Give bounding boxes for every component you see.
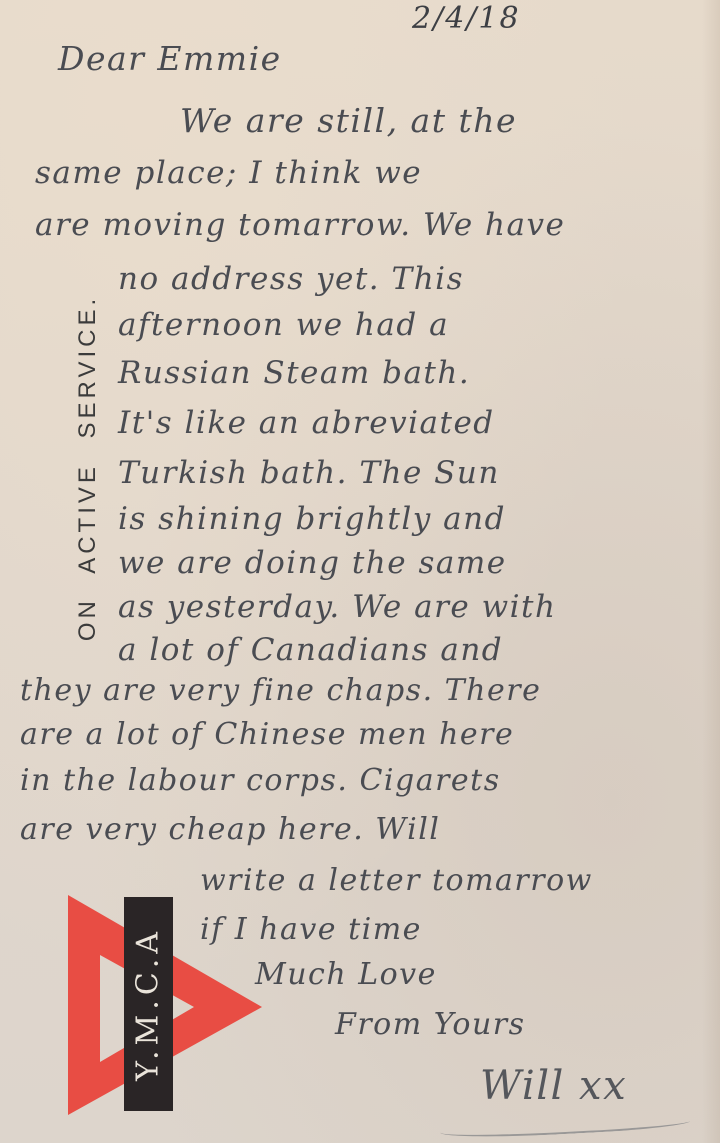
signature-underline (440, 1111, 690, 1140)
ymca-label: Y.M.C.A (131, 927, 166, 1081)
letter-closing: Much Love (255, 960, 437, 990)
postcard: ON ACTIVE SERVICE. Y.M.C.A 2/4/18 Dear E… (0, 0, 720, 1143)
on-active-service-label: ON ACTIVE SERVICE. (74, 295, 102, 641)
letter-valediction: From Yours (335, 1010, 526, 1040)
letter-date: 2/4/18 (412, 4, 521, 34)
letter-line: are moving tomarrow. We have (35, 210, 565, 241)
letter-line: We are still, at the (180, 104, 517, 137)
letter-line: we are doing the same (118, 548, 507, 579)
letter-line: if I have time (200, 915, 422, 945)
letter-line: afternoon we had a (118, 310, 449, 341)
letter-line: in the labour corps. Cigarets (20, 766, 501, 796)
letter-line: are a lot of Chinese men here (20, 720, 514, 750)
letter-line: they are very fine chaps. There (20, 676, 541, 706)
letter-line: is shining brightly and (118, 504, 506, 535)
letter-line: as yesterday. We are with (118, 592, 556, 623)
paper-edge-shadow (702, 0, 720, 1143)
letter-line: are very cheap here. Will (20, 815, 440, 845)
letter-line: write a letter tomarrow (200, 866, 593, 896)
letter-signature: Will xx (480, 1066, 627, 1106)
letter-line: a lot of Canadians and (118, 635, 503, 666)
letter-line: Turkish bath. The Sun (118, 458, 500, 489)
letter-line: no address yet. This (118, 264, 464, 295)
letter-line: It's like an abreviated (118, 408, 495, 439)
letter-line: same place; I think we (35, 158, 422, 189)
letter-salutation: Dear Emmie (58, 42, 282, 75)
letter-line: Russian Steam bath. (118, 358, 470, 389)
